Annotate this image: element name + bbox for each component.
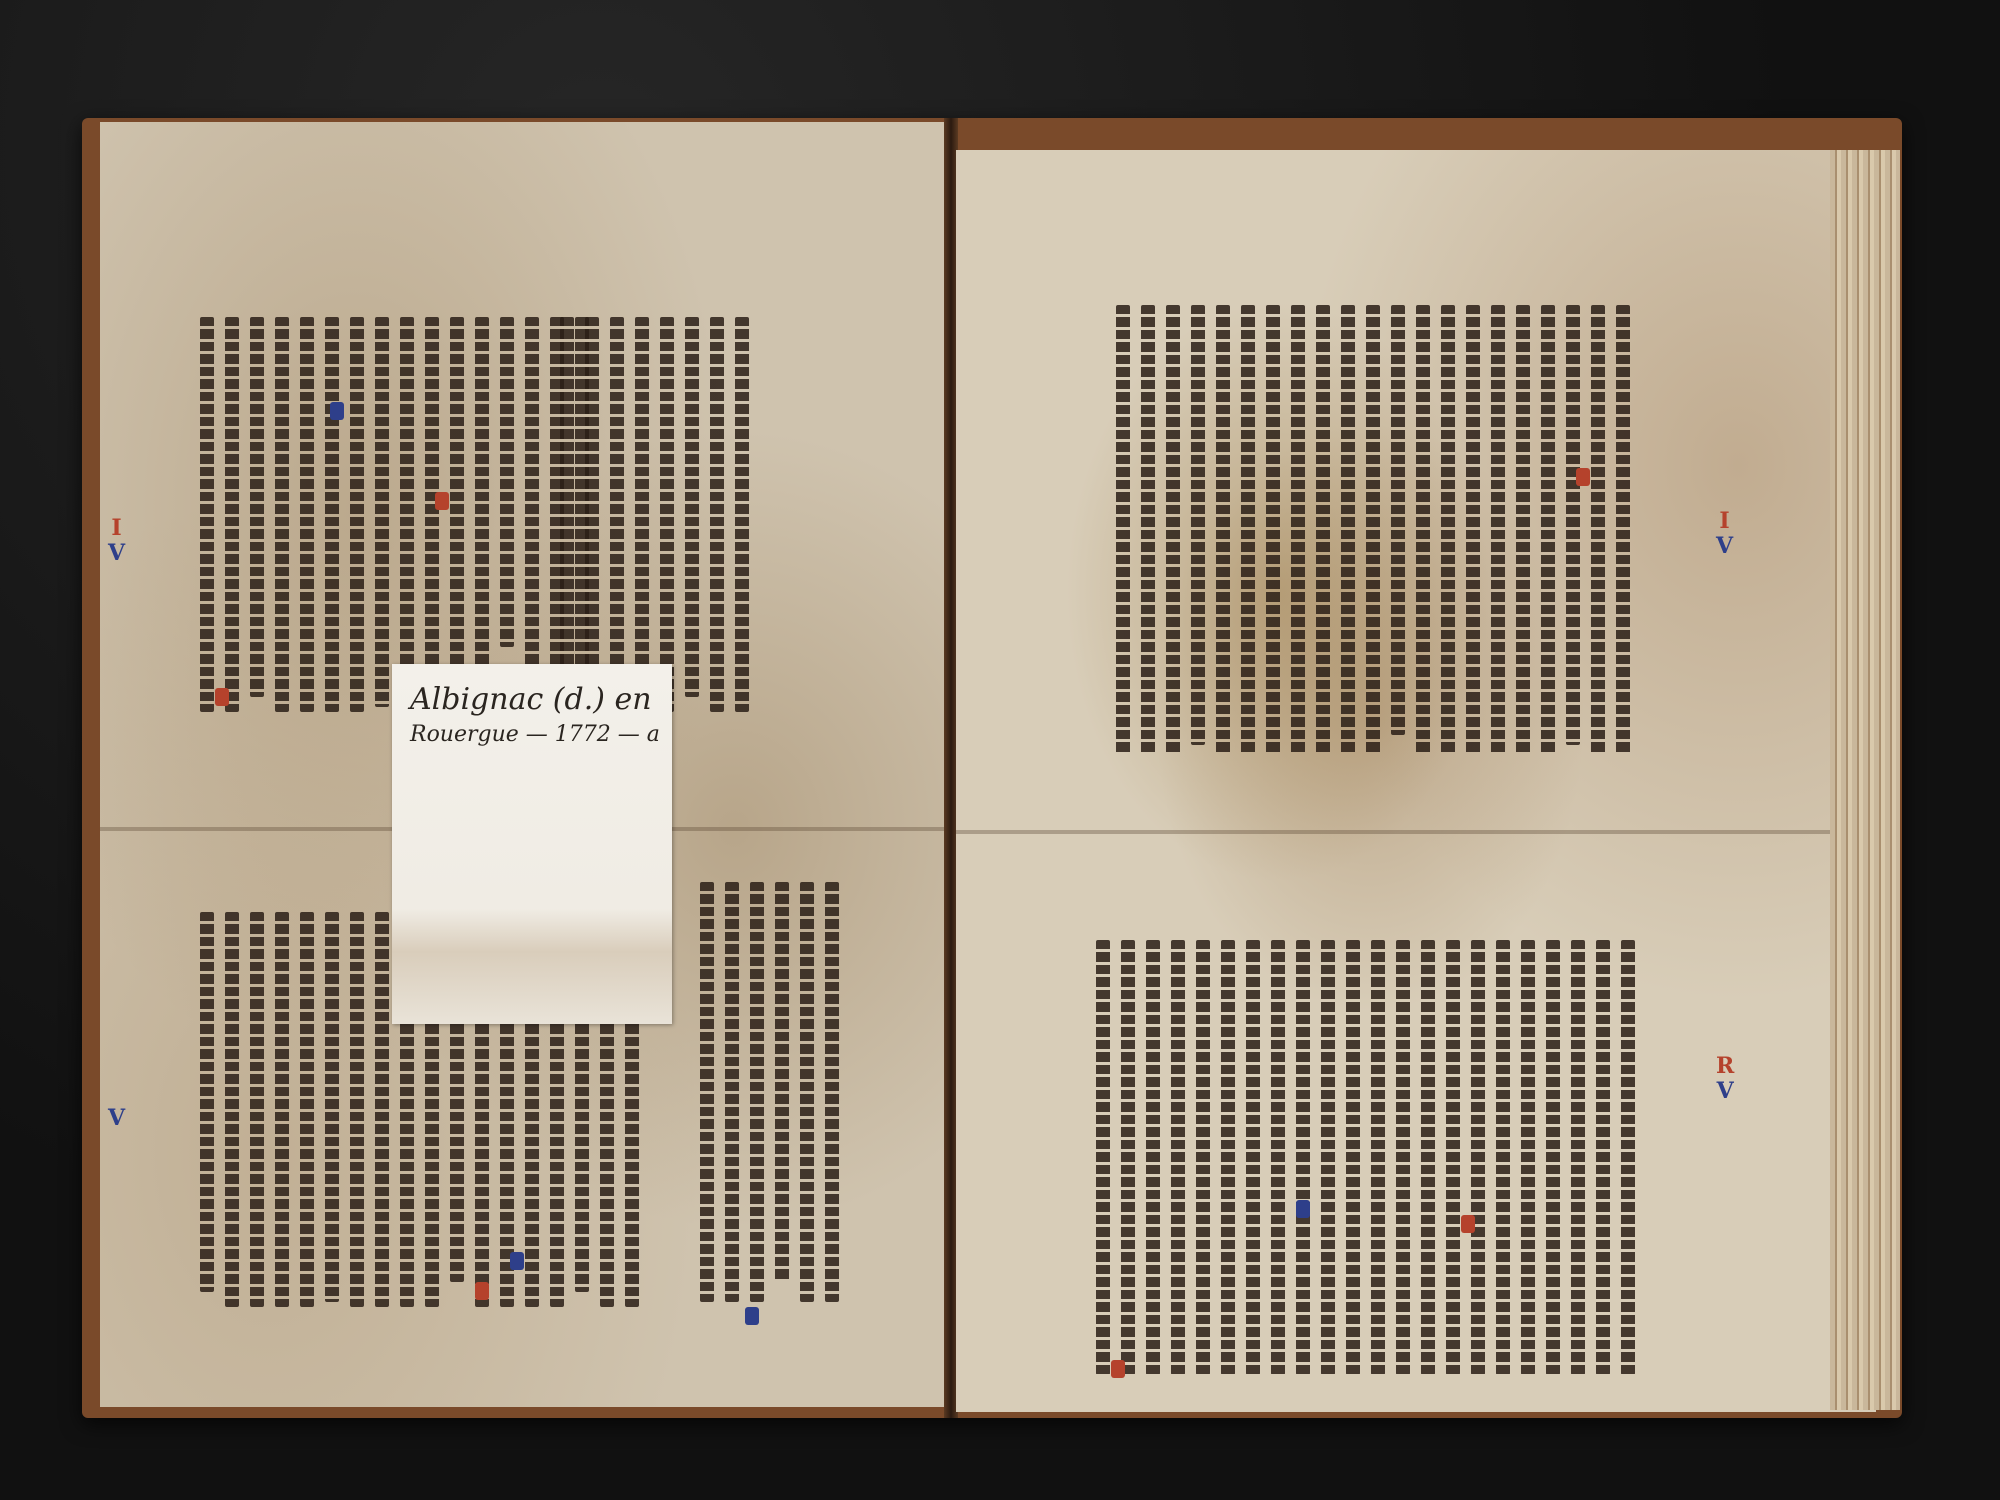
text-column-left-upper-b [560, 317, 749, 712]
label-line-2: Rouergue — 1772 — a [410, 722, 660, 747]
rubric-letter: V [108, 1107, 125, 1129]
rubric-letter: I [1719, 510, 1729, 532]
rubric-letter: R [1716, 1055, 1734, 1077]
text-column-right-upper [1116, 305, 1630, 755]
running-header-right-lower: R V [1716, 1055, 1734, 1102]
handwritten-paper-label: Albignac (d.) en Rouergue — 1772 — a [392, 664, 672, 1024]
initial-blue [745, 1307, 759, 1325]
text-column-left-lower-b [700, 882, 839, 1302]
page-edges-stack [1830, 150, 1900, 1410]
initial-red [435, 492, 449, 510]
running-header-left-lower: V [108, 1107, 125, 1129]
initial-red [1111, 1360, 1125, 1378]
initial-red [475, 1282, 489, 1300]
initial-red [1576, 468, 1590, 486]
running-header-right-upper: I V [1716, 510, 1733, 557]
rubric-letter: V [1716, 535, 1733, 557]
text-column-left-upper-a [200, 317, 589, 712]
rubric-letter: I [111, 517, 121, 539]
initial-blue [1296, 1200, 1310, 1218]
text-column-right-lower [1096, 940, 1635, 1375]
running-header-left-upper: I V [108, 517, 125, 564]
initial-blue [510, 1252, 524, 1270]
label-line-1: Albignac (d.) en [410, 682, 652, 717]
initial-blue [330, 402, 344, 420]
initial-red [215, 688, 229, 706]
rubric-letter: V [108, 542, 125, 564]
initial-red [1461, 1215, 1475, 1233]
rubric-letter: V [1717, 1080, 1734, 1102]
right-parchment-leaf: I V R V [956, 150, 1876, 1412]
horizontal-fold-line [956, 830, 1876, 834]
